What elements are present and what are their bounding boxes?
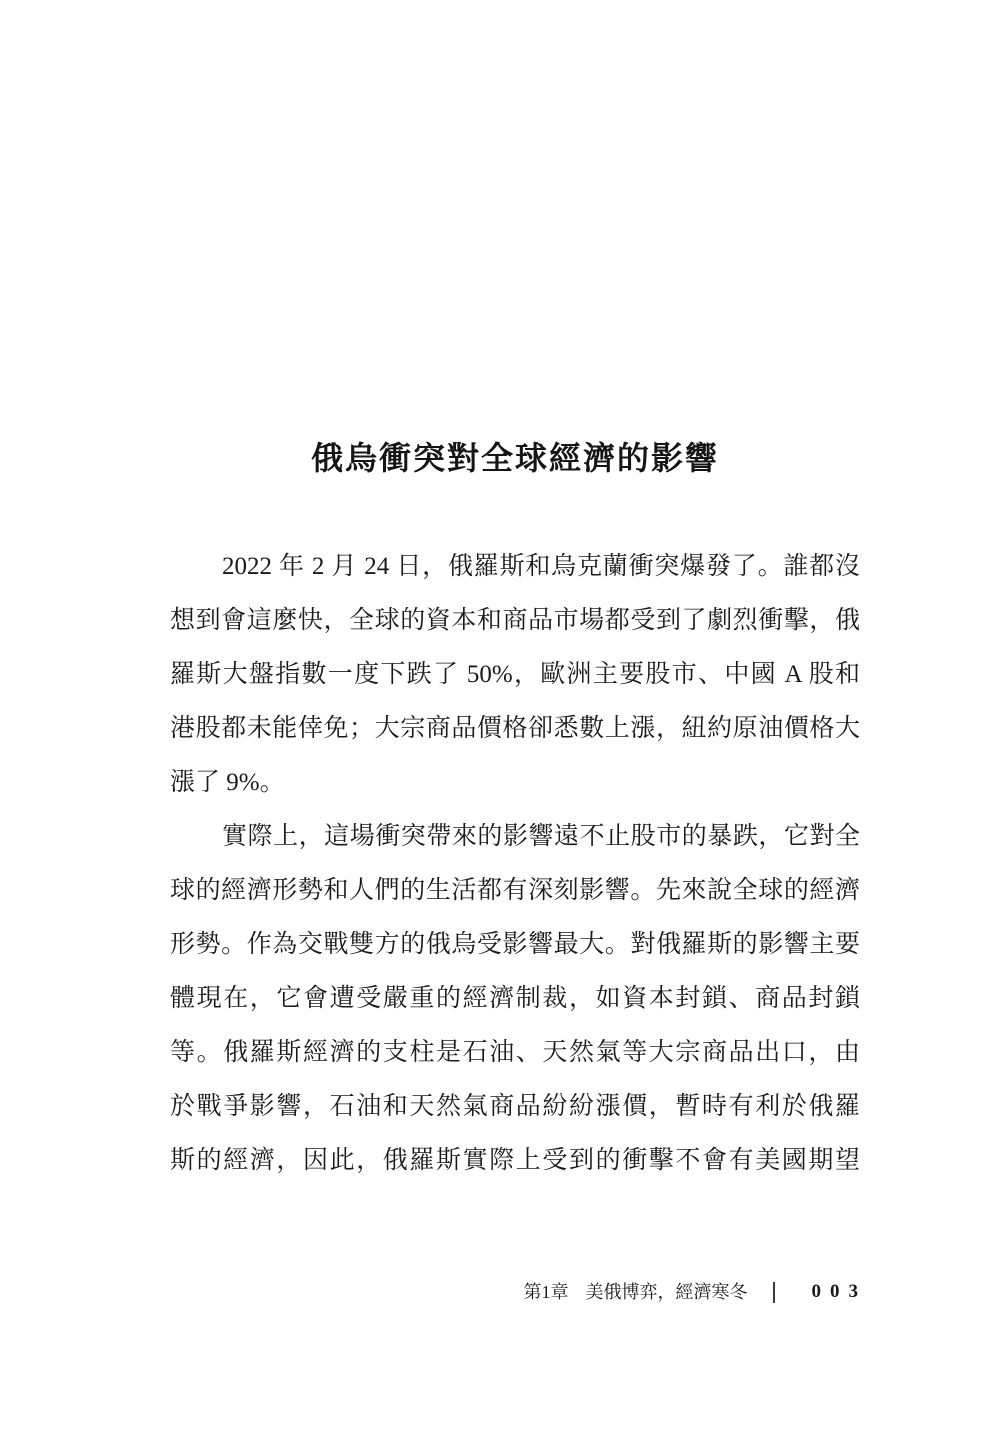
text-line: 於戰爭影響，石油和天然氣商品紛紛漲價，暫時有利於俄羅: [170, 1080, 860, 1134]
text-line: 漲了 9%。: [170, 756, 860, 810]
page-number: 003: [812, 1279, 868, 1305]
text-line: 球的經濟形勢和人們的生活都有深刻影響。先來說全球的經濟: [170, 864, 860, 918]
footer-chapter-label: 第1章: [524, 1279, 569, 1305]
text-line: 斯的經濟，因此，俄羅斯實際上受到的衝擊不會有美國期望: [170, 1134, 860, 1188]
text-line: 等。俄羅斯經濟的支柱是石油、天然氣等大宗商品出口，由: [170, 1026, 860, 1080]
book-page: 俄烏衝突對全球經濟的影響 2022 年 2 月 24 日，俄羅斯和烏克蘭衝突爆發…: [0, 0, 1000, 1429]
footer-divider: [773, 1282, 775, 1303]
text-line: 2022 年 2 月 24 日，俄羅斯和烏克蘭衝突爆發了。誰都沒: [170, 540, 860, 594]
paragraph: 實際上，這場衝突帶來的影響遠不止股市的暴跌，它對全球的經濟形勢和人們的生活都有深…: [170, 810, 860, 1188]
chapter-heading: 俄烏衝突對全球經濟的影響: [170, 433, 860, 483]
text-line: 實際上，這場衝突帶來的影響遠不止股市的暴跌，它對全: [170, 810, 860, 864]
footer-chapter-name: 美俄博弈，經濟寒冬: [586, 1279, 748, 1305]
body-text: 2022 年 2 月 24 日，俄羅斯和烏克蘭衝突爆發了。誰都沒想到會這麼快，全…: [170, 540, 860, 1188]
page-footer: 第1章 美俄博弈，經濟寒冬 003: [524, 1279, 859, 1305]
text-line: 港股都未能倖免；大宗商品價格卻悉數上漲，紐約原油價格大: [170, 702, 860, 756]
text-line: 體現在，它會遭受嚴重的經濟制裁，如資本封鎖、商品封鎖: [170, 972, 860, 1026]
text-line: 形勢。作為交戰雙方的俄烏受影響最大。對俄羅斯的影響主要: [170, 918, 860, 972]
paragraph: 2022 年 2 月 24 日，俄羅斯和烏克蘭衝突爆發了。誰都沒想到會這麼快，全…: [170, 540, 860, 810]
text-line: 想到會這麼快，全球的資本和商品市場都受到了劇烈衝擊，俄: [170, 594, 860, 648]
text-line: 羅斯大盤指數一度下跌了 50%，歐洲主要股市、中國 A 股和: [170, 648, 860, 702]
